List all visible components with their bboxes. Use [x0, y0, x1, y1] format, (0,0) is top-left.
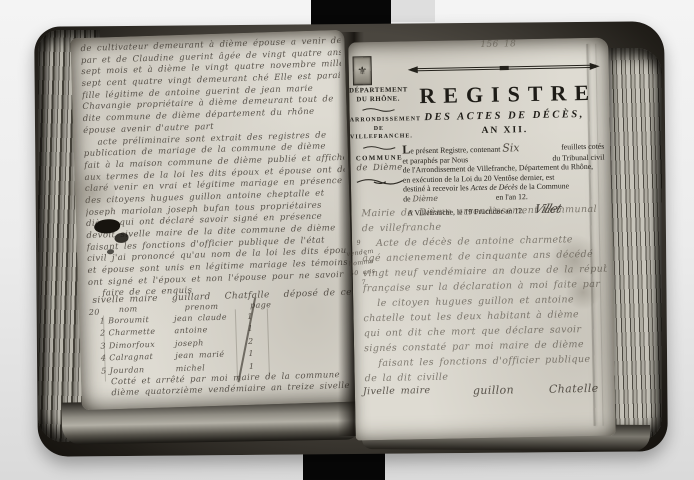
department-label: DU RHÔNE.	[349, 94, 407, 104]
cell-page: 1	[237, 349, 265, 362]
register-subtitle: DES ACTES DE DÉCÈS,	[406, 109, 604, 124]
register-title: REGISTRE	[405, 80, 603, 110]
cell-page: 2	[237, 336, 265, 349]
cell-page: 1	[236, 324, 264, 337]
margin-mark: 20	[89, 308, 100, 317]
commune-name-handwritten: Dième	[412, 194, 438, 203]
ornament-divider	[361, 107, 395, 114]
col-header-page: page	[247, 300, 275, 310]
cradle-shadow	[391, 0, 435, 22]
row-number: 2	[89, 329, 108, 342]
register-year: AN XII.	[406, 124, 604, 138]
official-stamp-icon: ⚜	[352, 56, 372, 85]
archive-photo: de cultivateur demeurant à dième épouse …	[0, 0, 694, 480]
arrondissement-label: ARRONDISSEMENT	[350, 115, 408, 125]
commune-label: COMMUNE	[350, 153, 408, 163]
signature-mayor: Jivelle maire	[363, 385, 447, 400]
arrondissement-label: VILLEFRANCHE.	[350, 132, 408, 142]
printed-header: REGISTRE DES ACTES DE DÉCÈS, AN XII.	[405, 58, 604, 138]
right-page: 156 18 ⚜ DÉPARTEMENT DU RHÔNE. ARRONDISS…	[348, 38, 616, 441]
col-header-prenom: prenom	[185, 301, 247, 312]
ornament-swash	[356, 175, 404, 186]
printed-text-italic: Actes de Décès	[470, 183, 517, 193]
row-number: 1	[89, 316, 108, 329]
signature-witness: Chatelle	[549, 382, 599, 396]
left-page: de cultivateur demeurant à dième épouse …	[70, 30, 356, 410]
printed-text: de	[403, 194, 411, 203]
feuillets-count-handwritten: Six	[502, 141, 520, 154]
cell-page: 1	[236, 311, 264, 324]
margin-column: DÉPARTEMENT DU RHÔNE. ARRONDISSEMENT DE …	[349, 85, 409, 189]
signature-witness: guillon	[447, 383, 549, 398]
row-number: 5	[91, 366, 110, 379]
printed-text: en l'an 12.	[440, 192, 528, 203]
double-rule-ornament	[406, 62, 602, 75]
printed-text: de la Commune	[520, 182, 570, 192]
col-header-nom: nom	[107, 303, 185, 314]
folio-annotation: 156 18	[480, 39, 516, 50]
printed-text: Le présent Registre, contenant	[402, 145, 500, 156]
marriage-act-text: de cultivateur demeurant à dième épouse …	[80, 36, 348, 301]
stamp-figure-glyph: ⚜	[357, 64, 367, 77]
commune-name-handwritten: de Dième	[351, 162, 409, 173]
row-number: 3	[90, 341, 109, 354]
printed-text: destiné à recevoir les	[403, 184, 469, 194]
ornament-divider	[362, 144, 396, 151]
row-number: 4	[90, 354, 109, 367]
right-page-stack-edge	[608, 48, 662, 440]
